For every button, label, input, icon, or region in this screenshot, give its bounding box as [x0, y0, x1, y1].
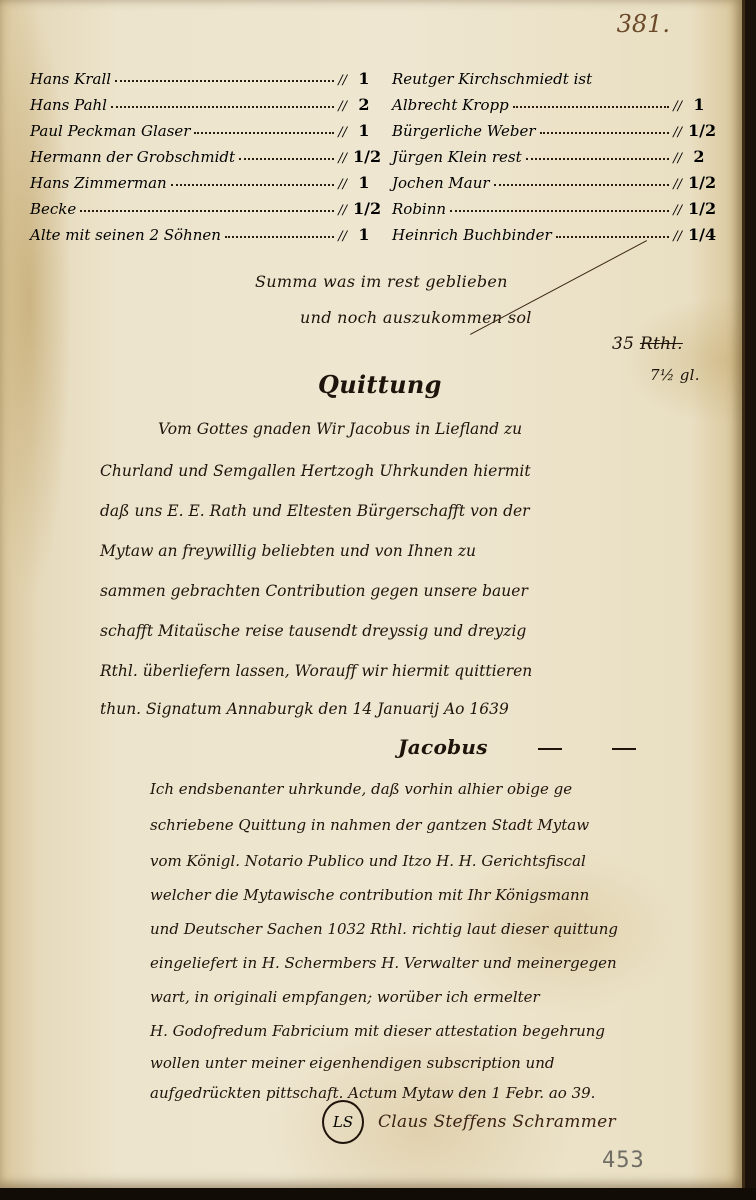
attestation-line: H. Godofredum Fabricium mit dieser attes… [150, 1022, 605, 1040]
total-number: 35 [612, 334, 634, 354]
quantity: 1/2 [353, 199, 375, 218]
leader-dots [239, 158, 334, 160]
person-name: Jürgen Klein rest [392, 148, 522, 166]
list-row: Paul Peckman Glaser//1 [30, 114, 375, 140]
list-row: Albrecht Kropp//1 [392, 88, 710, 114]
attestation-line: Ich endsbenanter uhrkunde, daß vorhin al… [150, 780, 572, 798]
list-row: Jürgen Klein rest//2 [392, 140, 710, 166]
ditto-mark: // [673, 229, 682, 244]
ditto-mark: // [673, 203, 682, 218]
quantity: 1 [353, 121, 375, 140]
list-row: Hans Pahl//2 [30, 88, 375, 114]
total-amount: 35 Rthl. [612, 334, 683, 354]
ditto-mark: // [673, 125, 682, 140]
total-unit: Rthl. [640, 334, 683, 354]
ditto-mark: // [338, 125, 347, 140]
quantity: 1 [353, 69, 375, 88]
receipt-line: schafft Mitaüsche reise tausendt dreyssi… [100, 622, 526, 640]
quantity: 1 [353, 173, 375, 192]
attestation-line: vom Königl. Notario Publico und Itzo H. … [150, 852, 586, 870]
quantity: 1/2 [688, 199, 710, 218]
name-list-right: Reutger Kirchschmiedt ist Albrecht Kropp… [392, 62, 710, 244]
leader-dots [526, 158, 670, 160]
attestation-line: welcher die Mytawische contribution mit … [150, 886, 589, 904]
person-name: Hans Pahl [30, 96, 107, 114]
person-name: Bürgerliche Weber [392, 122, 536, 140]
list-row: Hans Zimmerman//1 [30, 166, 375, 192]
ditto-mark: // [338, 229, 347, 244]
ditto-mark: // [673, 177, 682, 192]
person-name: Hermann der Grobschmidt [30, 148, 235, 166]
list-row: Bürgerliche Weber//1/2 [392, 114, 710, 140]
receipt-line: Vom Gottes gnaden Wir Jacobus in Lieflan… [158, 420, 522, 438]
quantity: 2 [353, 95, 375, 114]
person-name: Becke [30, 200, 76, 218]
list-row: Heinrich Buchbinder//1/4 [392, 218, 710, 244]
leader-dots [513, 106, 669, 108]
quantity: 1/4 [688, 225, 710, 244]
folio-number: 381. [617, 10, 670, 38]
name-list-left: Hans Krall//1 Hans Pahl//2 Paul Peckman … [30, 62, 375, 244]
archive-stamp: 453 [602, 1148, 645, 1173]
leader-dots [494, 184, 670, 186]
person-name: Albrecht Kropp [392, 96, 509, 114]
attestation-line: wart, in originali empfangen; worüber ic… [150, 988, 540, 1006]
receipt-heading: Quittung [318, 370, 442, 399]
list-row: Reutger Kirchschmiedt ist [392, 62, 710, 88]
ditto-mark: // [338, 203, 347, 218]
list-row: Jochen Maur//1/2 [392, 166, 710, 192]
leader-dots [115, 80, 334, 82]
quantity: 2 [688, 147, 710, 166]
attestation-line: wollen unter meiner eigenhendigen subscr… [150, 1054, 554, 1072]
ditto-mark: // [338, 151, 347, 166]
signature-jacobus: Jacobus [398, 735, 488, 759]
receipt-line: thun. Signatum Annaburgk den 14 Januarij… [100, 700, 509, 718]
leader-dots [171, 184, 335, 186]
flourish [538, 748, 562, 750]
leader-dots [225, 236, 334, 238]
quantity: 1 [688, 95, 710, 114]
person-name: Paul Peckman Glaser [30, 122, 190, 140]
person-name: Hans Zimmerman [30, 174, 167, 192]
total-extra: 7½ gl. [650, 366, 700, 384]
manuscript-page: 381. Hans Krall//1 Hans Pahl//2 Paul Pec… [0, 0, 745, 1188]
receipt-line: Rthl. überliefern lassen, Worauff wir hi… [100, 662, 532, 680]
ditto-mark: // [338, 177, 347, 192]
person-name: Hans Krall [30, 70, 111, 88]
quantity: 1/2 [688, 173, 710, 192]
list-row: Hans Krall//1 [30, 62, 375, 88]
attestation-line: aufgedrückten pittschaft. Actum Mytaw de… [150, 1084, 595, 1102]
list-row: Hermann der Grobschmidt//1/2 [30, 140, 375, 166]
ditto-mark: // [338, 99, 347, 114]
seal-mark: LS [322, 1100, 364, 1144]
list-row: Becke//1/2 [30, 192, 375, 218]
flourish [612, 748, 636, 750]
ditto-mark: // [673, 151, 682, 166]
ditto-mark: // [673, 99, 682, 114]
summary-line-2: und noch auszukommen sol [300, 308, 532, 327]
person-name: Reutger Kirchschmiedt ist [392, 70, 592, 88]
receipt-line: Churland und Semgallen Hertzogh Uhrkunde… [100, 462, 531, 480]
ditto-mark: // [338, 73, 347, 88]
leader-dots [111, 106, 334, 108]
leader-dots [450, 210, 669, 212]
leader-dots [194, 132, 334, 134]
leader-dots [80, 210, 334, 212]
quantity: 1/2 [353, 147, 375, 166]
list-row: Alte mit seinen 2 Söhnen//1 [30, 218, 375, 244]
summary-line-1: Summa was im rest geblieben [255, 272, 508, 291]
person-name: Heinrich Buchbinder [392, 226, 552, 244]
person-name: Alte mit seinen 2 Söhnen [30, 226, 221, 244]
receipt-line: Mytaw an freywillig beliebten und von Ih… [100, 542, 476, 560]
leader-dots [556, 236, 670, 238]
receipt-line: daß uns E. E. Rath und Eltesten Bürgersc… [100, 502, 530, 520]
person-name: Jochen Maur [392, 174, 490, 192]
attestation-line: eingeliefert in H. Schermbers H. Verwalt… [150, 954, 617, 972]
attestation-line: schriebene Quittung in nahmen der gantze… [150, 816, 589, 834]
scan-edge [0, 1188, 756, 1200]
quantity: 1/2 [688, 121, 710, 140]
person-name: Robinn [392, 200, 446, 218]
attestation-line: und Deutscher Sachen 1032 Rthl. richtig … [150, 920, 618, 938]
signature-attestor: Claus Steffens Schrammer [378, 1112, 616, 1132]
leader-dots [540, 132, 670, 134]
quantity: 1 [353, 225, 375, 244]
receipt-line: sammen gebrachten Contribution gegen uns… [100, 582, 528, 600]
list-row: Robinn//1/2 [392, 192, 710, 218]
